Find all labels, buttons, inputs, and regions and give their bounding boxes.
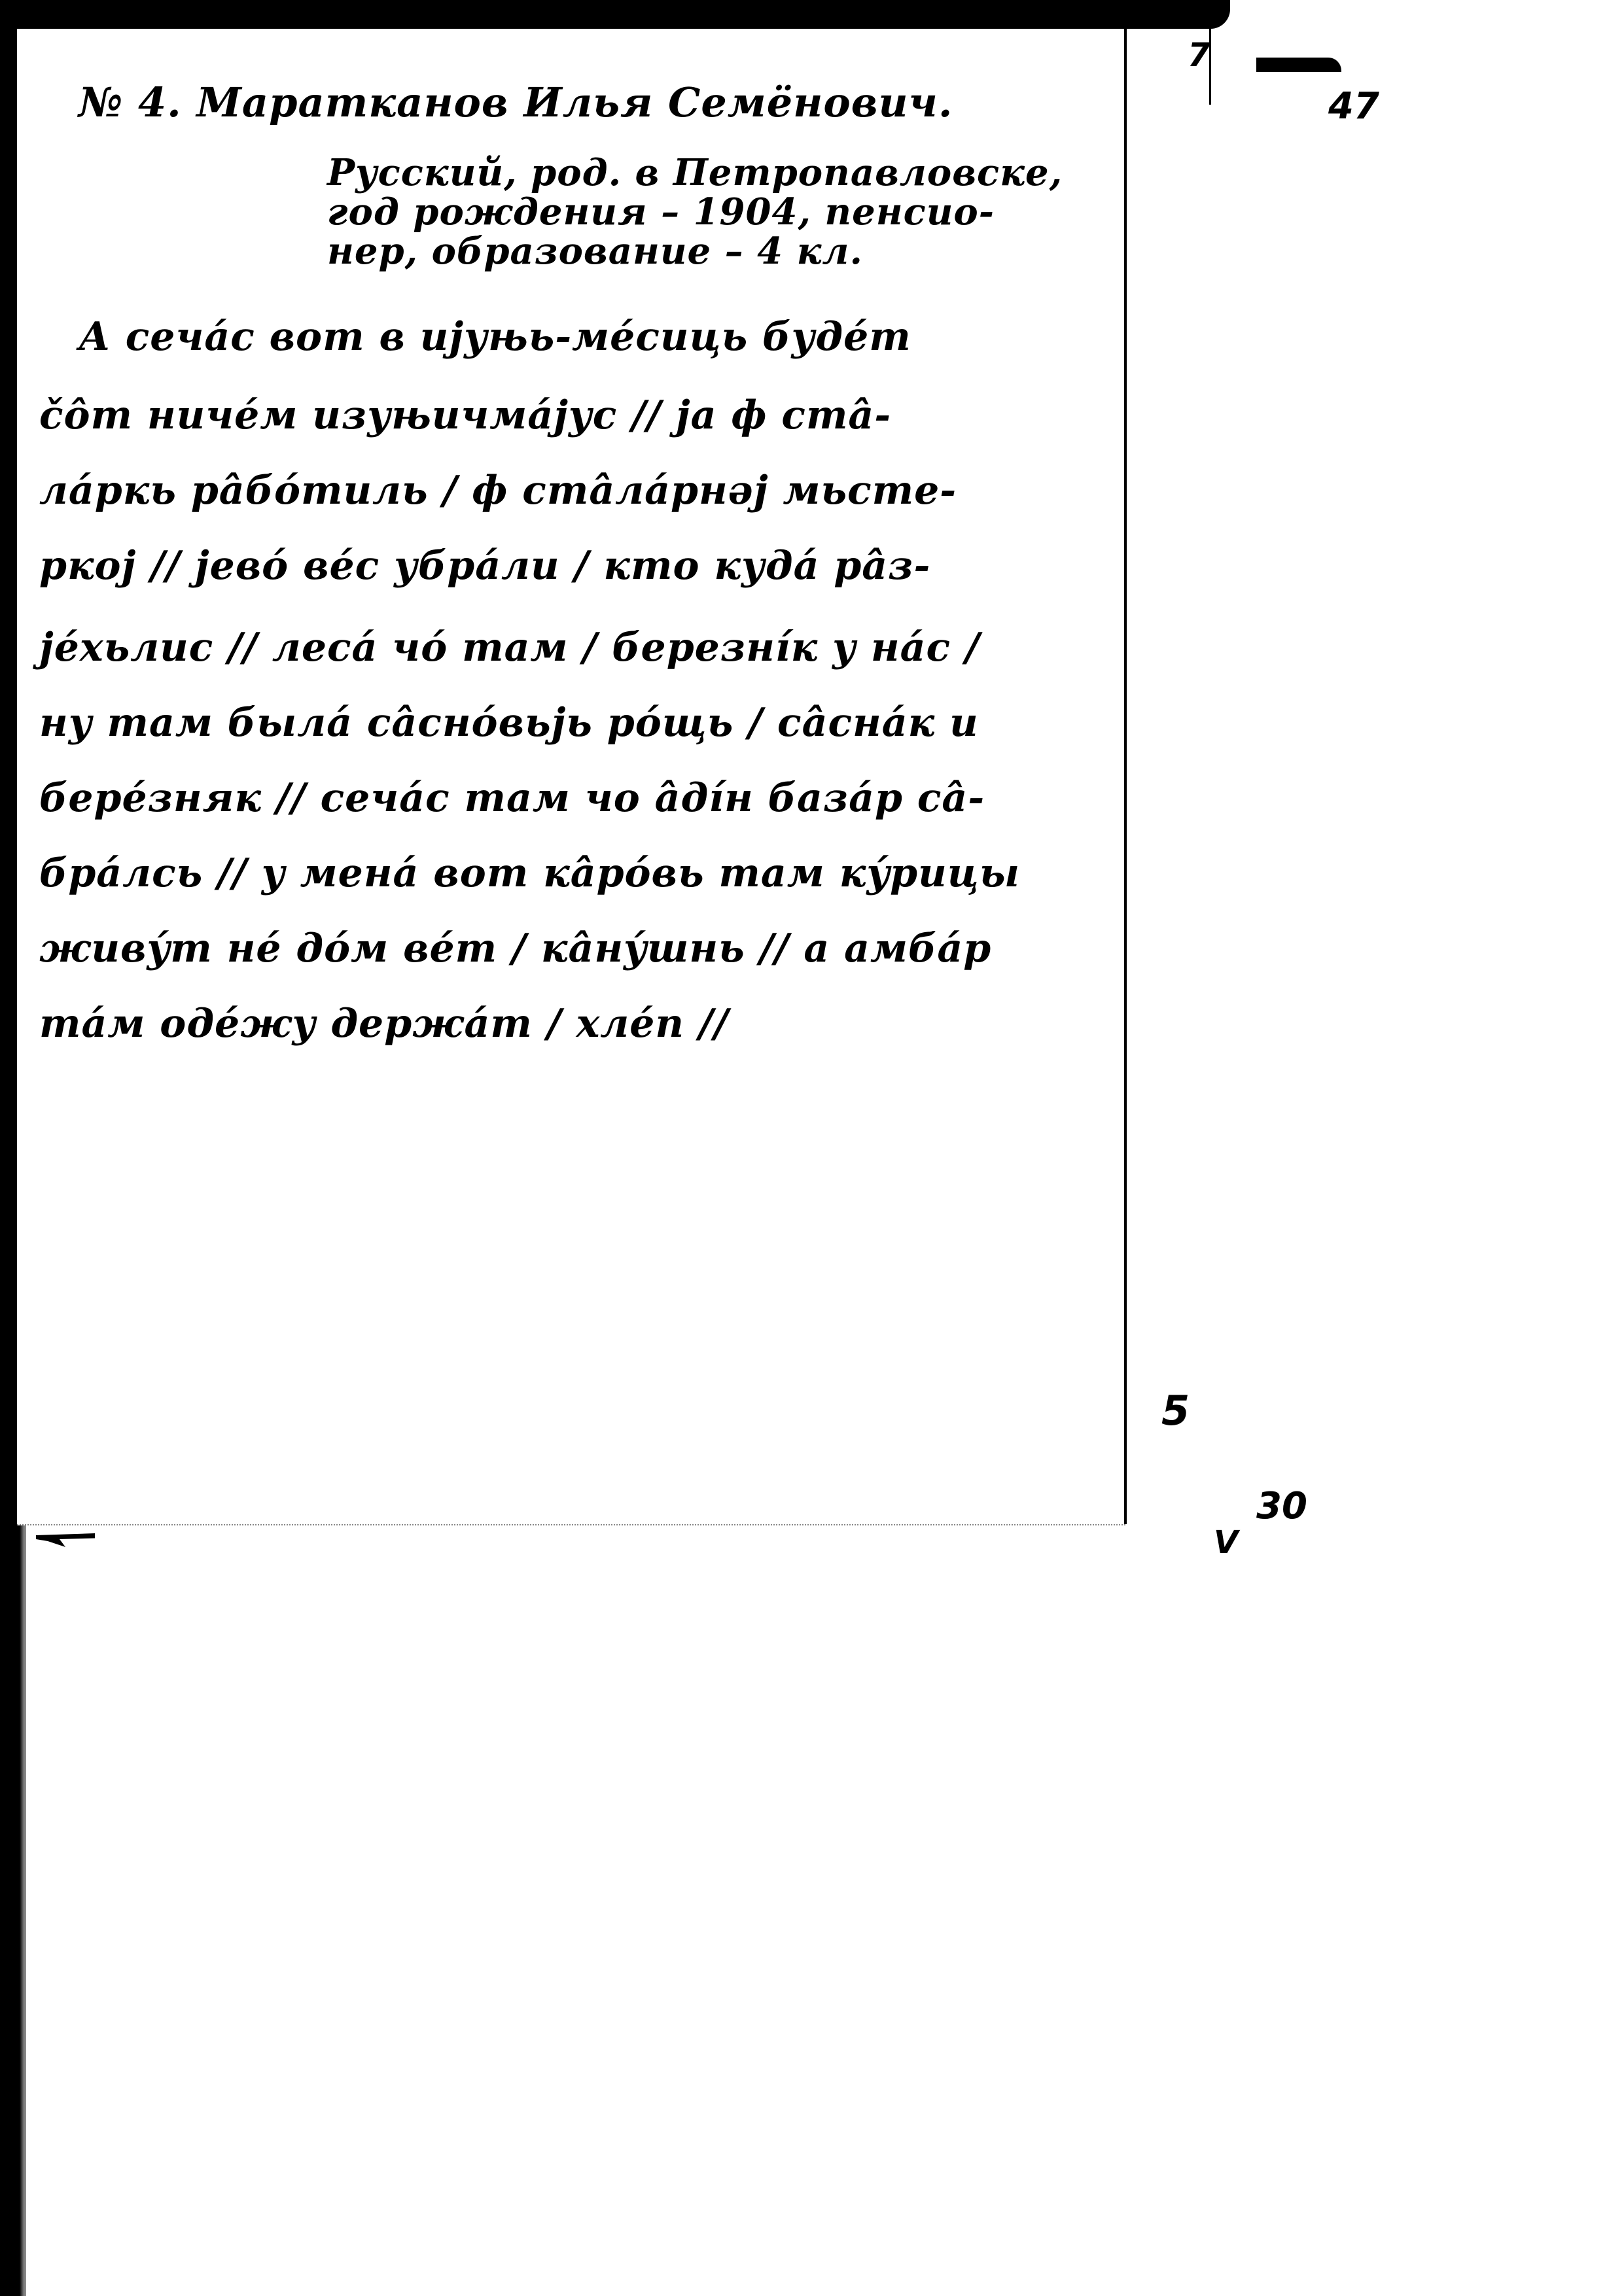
top-right-mark: 7	[1188, 36, 1210, 74]
transcript-line: брáлсь // у менá вот кâрóвь там кýрицы	[39, 850, 1020, 896]
transcript-line: тáм одéжу держáт / хлéп //	[39, 1001, 729, 1047]
margin-number: 5	[1161, 1387, 1190, 1435]
speaker-info-line: год рождения – 1904, пенсио-	[327, 193, 995, 231]
scan-top-band	[0, 0, 1230, 29]
transcript-line: А сечáс вот в ијуњь-мéсиць будéт	[79, 314, 911, 360]
transcript-line: čôт ничéм изуњичмáјус // ја ф стâ-	[39, 392, 891, 438]
scan-left-strip	[0, 1524, 26, 2296]
scan-left-edge	[0, 0, 17, 1524]
transcript-line: берéзняк // сечáс там чо âдíн бaзáр сâ-	[39, 775, 985, 821]
margin-rule	[1124, 29, 1127, 1524]
transcript-line: ркој // јевó вéс убрáли / кто кудá рâз-	[39, 543, 930, 589]
transcript-line: јéхьлис // лесá чó там / березнíк у нáс …	[39, 625, 980, 670]
page-number: 47	[1328, 85, 1379, 128]
page-title: № 4. Маратканов Илья Семёнович.	[79, 78, 953, 126]
check-mark: V	[1214, 1524, 1238, 1561]
transcript-line: ну там былá сâснóвьјь рóщь / сâснáк и	[39, 700, 979, 746]
bottom-number: 30	[1256, 1485, 1307, 1527]
smudge-mark	[36, 1527, 95, 1547]
transcript-line: лáркь рâбóтиль / ф стâлáрнәј мьсте-	[39, 468, 957, 513]
speaker-info-line: нер, образование – 4 кл.	[327, 232, 863, 270]
transcript-line: живýт нé дóм вéт / кâнýшнь // а амбáр	[39, 926, 991, 971]
speaker-info-line: Русский, род. в Петропавловске,	[327, 154, 1063, 192]
scan-top-band-right	[1256, 58, 1341, 72]
